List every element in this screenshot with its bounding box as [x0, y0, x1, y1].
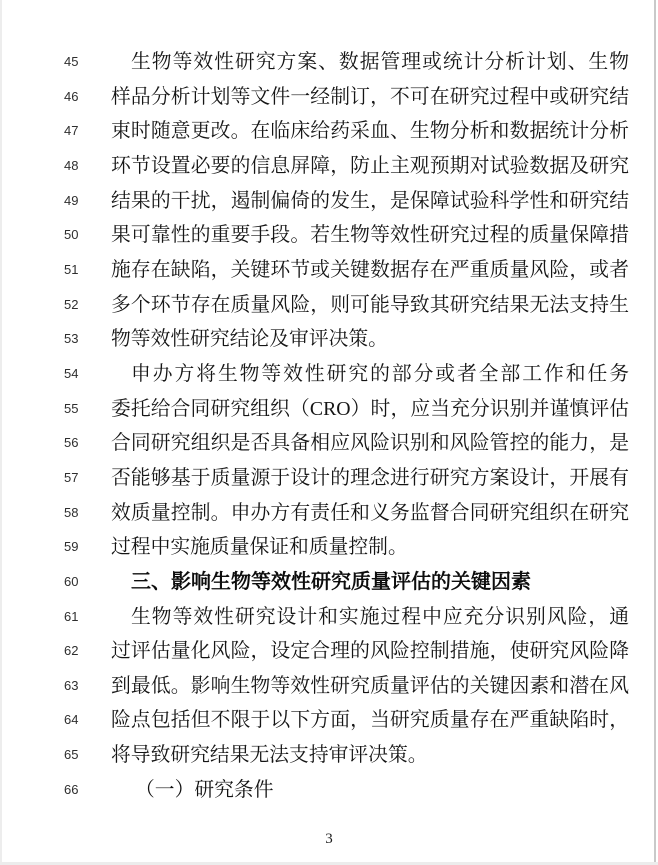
line-text: 物等效性研究结论及审评决策。 [111, 322, 629, 357]
line-text: 三、影响生物等效性研究质量评估的关键因素 [111, 565, 629, 600]
document-line: 64 险点包括但不限于以下方面，当研究质量存在严重缺陷时， [0, 703, 658, 738]
line-text: 合同研究组织是否具备相应风险识别和风险管控的能力，是 [111, 426, 629, 461]
line-text: 生物等效性研究设计和实施过程中应充分识别风险，通 [111, 600, 629, 635]
line-number: 50 [64, 218, 94, 253]
document-lines: 45 生物等效性研究方案、数据管理或统计分析计划、生物 46 样品分析计划等文件… [0, 45, 658, 807]
document-line: 59 过程中实施质量保证和质量控制。 [0, 530, 658, 565]
line-text: 到最低。影响生物等效性研究质量评估的关键因素和潜在风 [111, 669, 629, 704]
line-number: 56 [64, 426, 94, 461]
document-line: 61 生物等效性研究设计和实施过程中应充分识别风险，通 [0, 600, 658, 635]
line-text: 否能够基于质量源于设计的理念进行研究方案设计，开展有 [111, 461, 629, 496]
document-line: 66 （一）研究条件 [0, 773, 658, 808]
line-text: 生物等效性研究方案、数据管理或统计分析计划、生物 [111, 45, 629, 80]
document-line: 49 结果的干扰，遏制偏倚的发生，是保障试验科学性和研究结 [0, 184, 658, 219]
line-number: 62 [64, 634, 94, 669]
line-number: 58 [64, 496, 94, 531]
line-number: 49 [64, 184, 94, 219]
line-text: 效质量控制。申办方有责任和义务监督合同研究组织在研究 [111, 496, 629, 531]
document-line: 55 委托给合同研究组织（CRO）时，应当充分识别并谨慎评估 [0, 392, 658, 427]
line-number: 66 [64, 773, 94, 808]
document-line: 65 将导致研究结果无法支持审评决策。 [0, 738, 658, 773]
document-line: 60 三、影响生物等效性研究质量评估的关键因素 [0, 565, 658, 600]
document-line: 53 物等效性研究结论及审评决策。 [0, 322, 658, 357]
line-number: 60 [64, 565, 94, 600]
line-number: 59 [64, 530, 94, 565]
line-number: 46 [64, 80, 94, 115]
line-text: 过评估量化风险，设定合理的风险控制措施，使研究风险降 [111, 634, 629, 669]
line-number: 61 [64, 600, 94, 635]
line-text: （一）研究条件 [111, 773, 629, 808]
line-number: 55 [64, 392, 94, 427]
line-number: 57 [64, 461, 94, 496]
line-text: 委托给合同研究组织（CRO）时，应当充分识别并谨慎评估 [111, 392, 629, 427]
document-line: 54 申办方将生物等效性研究的部分或者全部工作和任务 [0, 357, 658, 392]
line-text: 结果的干扰，遏制偏倚的发生，是保障试验科学性和研究结 [111, 184, 629, 219]
line-text: 束时随意更改。在临床给药采血、生物分析和数据统计分析 [111, 114, 629, 149]
document-line: 48 环节设置必要的信息屏障，防止主观预期对试验数据及研究 [0, 149, 658, 184]
line-text: 险点包括但不限于以下方面，当研究质量存在严重缺陷时， [111, 703, 629, 738]
document-line: 58 效质量控制。申办方有责任和义务监督合同研究组织在研究 [0, 496, 658, 531]
line-text: 施存在缺陷，关键环节或关键数据存在严重质量风险，或者 [111, 253, 629, 288]
line-number: 65 [64, 738, 94, 773]
document-page: 45 生物等效性研究方案、数据管理或统计分析计划、生物 46 样品分析计划等文件… [0, 0, 658, 865]
line-text: 环节设置必要的信息屏障，防止主观预期对试验数据及研究 [111, 149, 629, 184]
line-text: 样品分析计划等文件一经制订，不可在研究过程中或研究结 [111, 80, 629, 115]
document-line: 47 束时随意更改。在临床给药采血、生物分析和数据统计分析 [0, 114, 658, 149]
document-line: 56 合同研究组织是否具备相应风险识别和风险管控的能力，是 [0, 426, 658, 461]
document-line: 50 果可靠性的重要手段。若生物等效性研究过程的质量保障措 [0, 218, 658, 253]
line-number: 64 [64, 703, 94, 738]
document-line: 51 施存在缺陷，关键环节或关键数据存在严重质量风险，或者 [0, 253, 658, 288]
page-number: 3 [0, 828, 658, 850]
line-number: 52 [64, 288, 94, 323]
document-line: 46 样品分析计划等文件一经制订，不可在研究过程中或研究结 [0, 80, 658, 115]
line-number: 51 [64, 253, 94, 288]
line-text: 果可靠性的重要手段。若生物等效性研究过程的质量保障措 [111, 218, 629, 253]
line-number: 45 [64, 45, 94, 80]
line-text: 过程中实施质量保证和质量控制。 [111, 530, 629, 565]
document-line: 52 多个环节存在质量风险，则可能导致其研究结果无法支持生 [0, 288, 658, 323]
line-text: 申办方将生物等效性研究的部分或者全部工作和任务 [111, 357, 629, 392]
line-number: 48 [64, 149, 94, 184]
document-line: 45 生物等效性研究方案、数据管理或统计分析计划、生物 [0, 45, 658, 80]
line-text: 将导致研究结果无法支持审评决策。 [111, 738, 629, 773]
document-line: 63 到最低。影响生物等效性研究质量评估的关键因素和潜在风 [0, 669, 658, 704]
document-line: 62 过评估量化风险，设定合理的风险控制措施，使研究风险降 [0, 634, 658, 669]
line-number: 63 [64, 669, 94, 704]
line-number: 47 [64, 114, 94, 149]
document-line: 57 否能够基于质量源于设计的理念进行研究方案设计，开展有 [0, 461, 658, 496]
line-number: 53 [64, 322, 94, 357]
line-text: 多个环节存在质量风险，则可能导致其研究结果无法支持生 [111, 288, 629, 323]
line-number: 54 [64, 357, 94, 392]
